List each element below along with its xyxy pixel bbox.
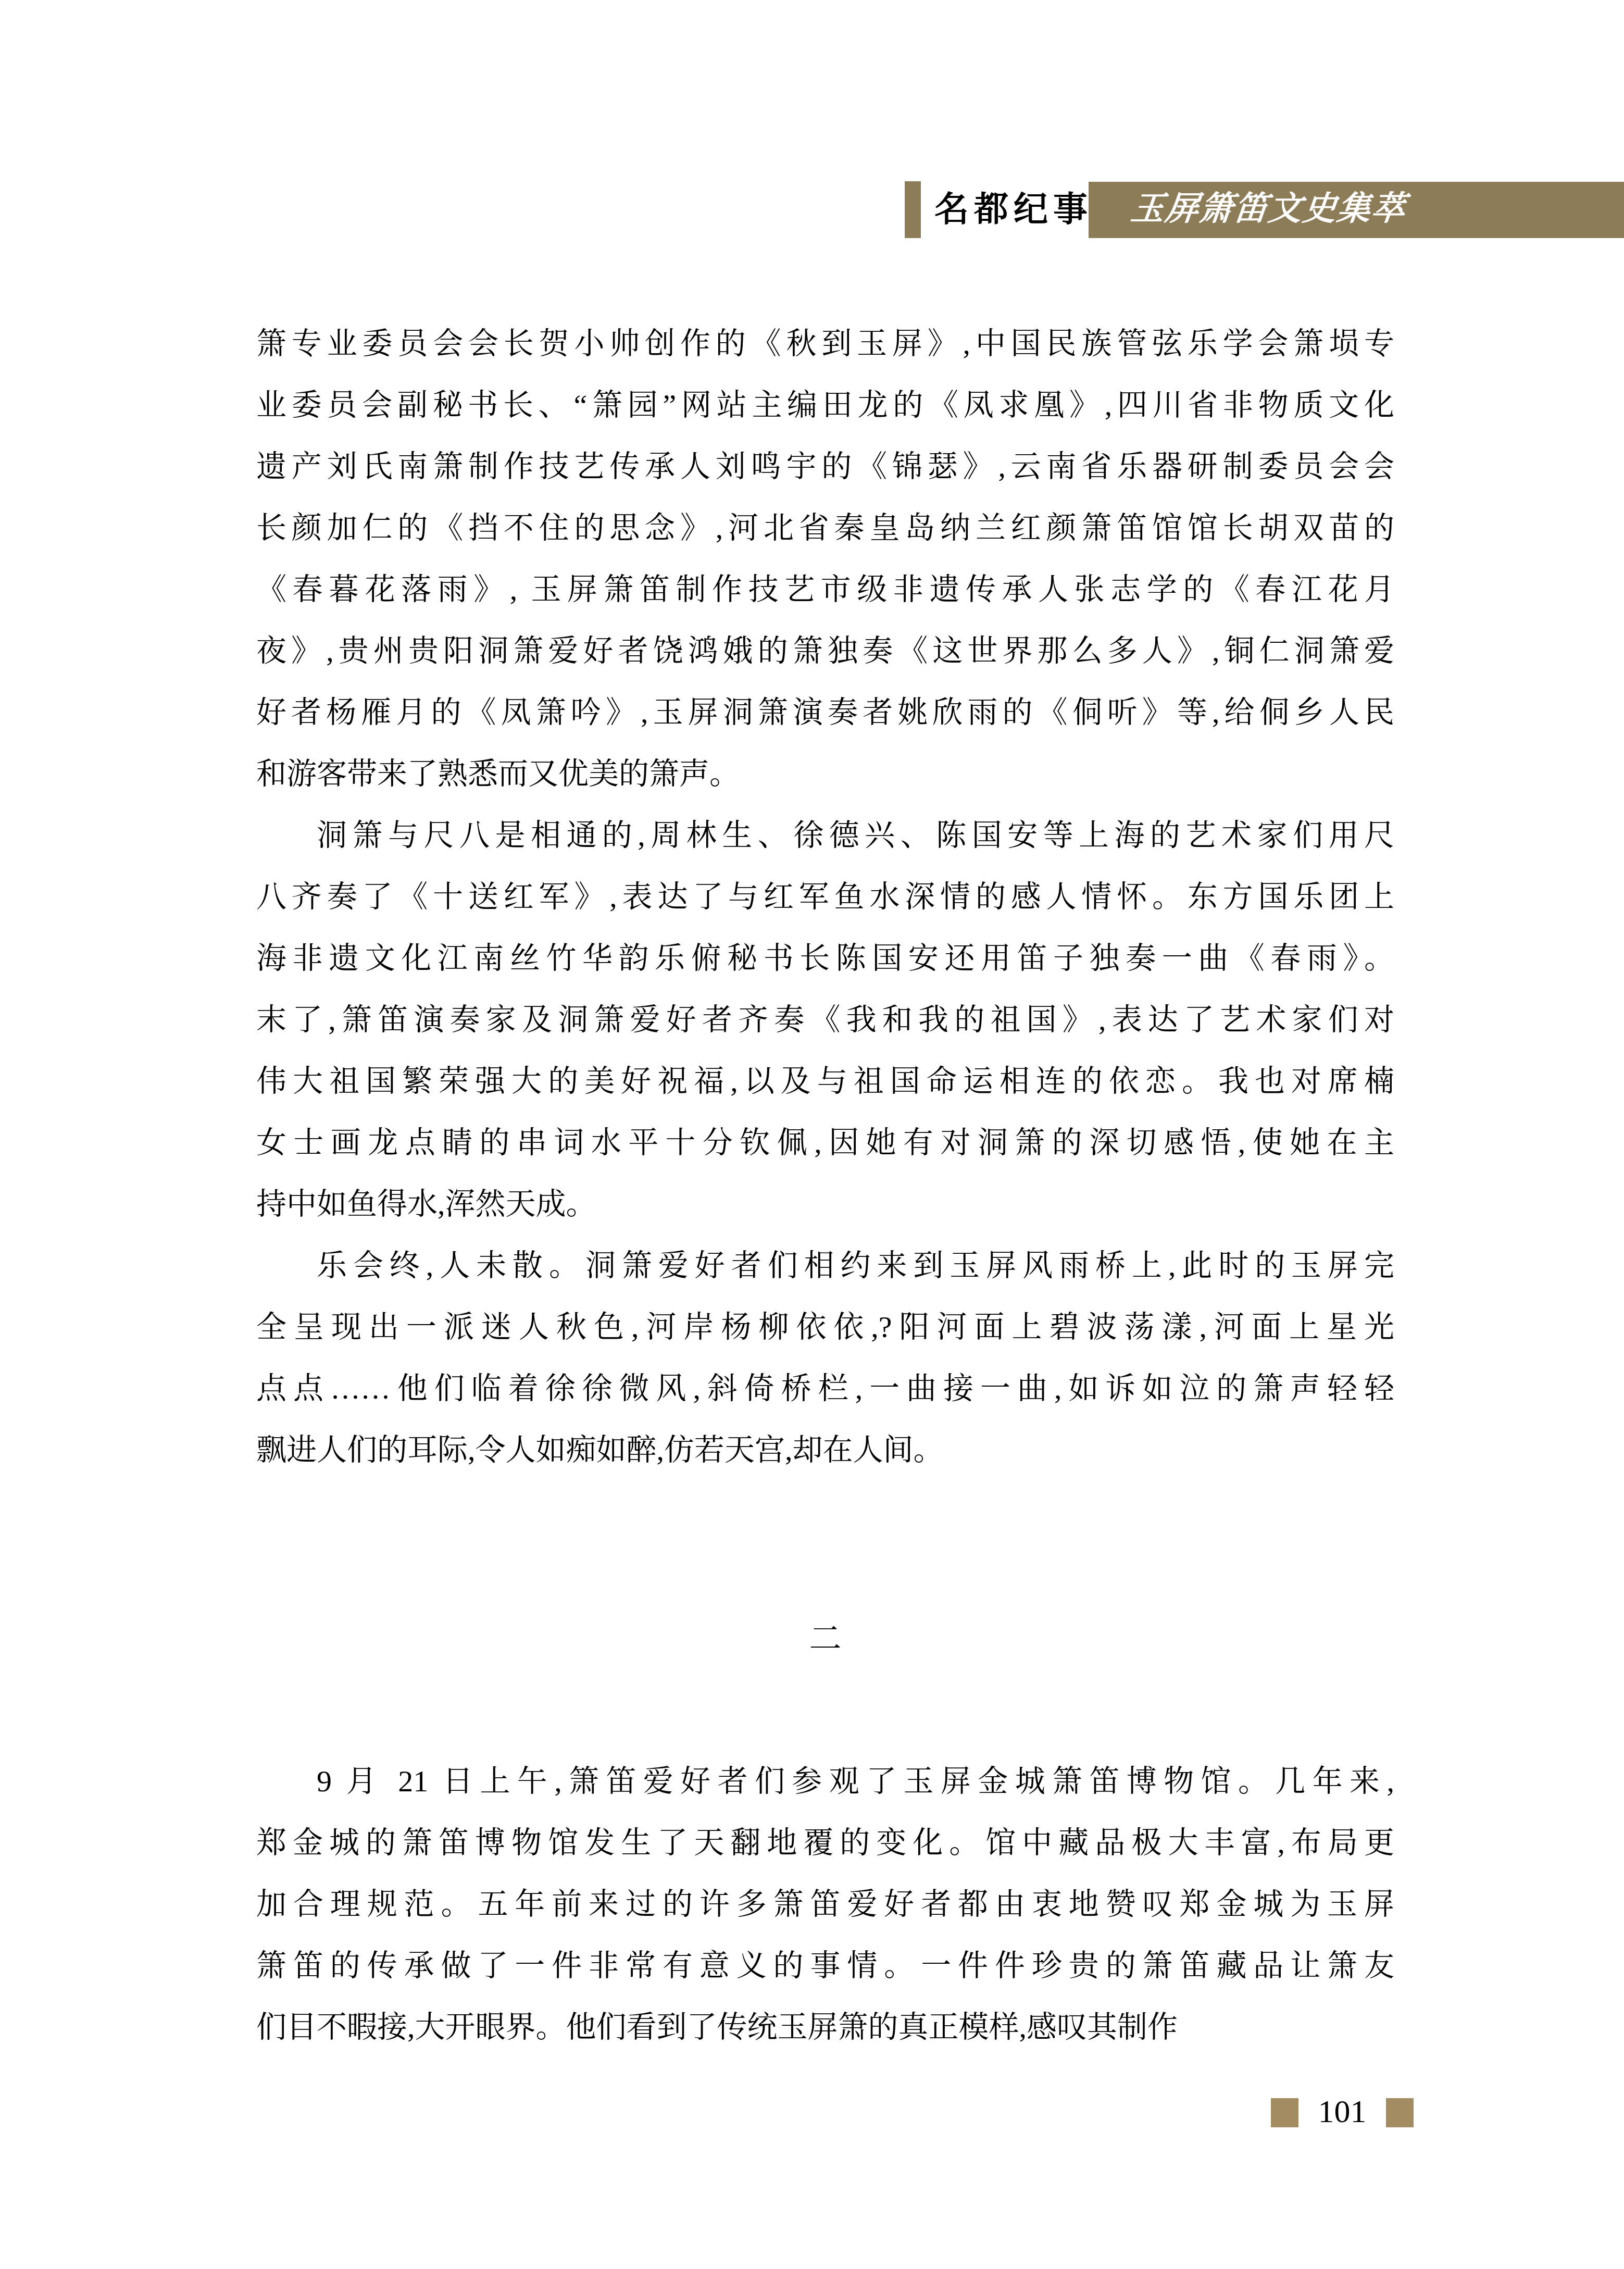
text-line: 加合理规范。五年前来过的许多箫笛爱好者都由衷地赞叹郑金城为玉屏: [256, 1874, 1394, 1935]
text-line: 《春暮花落雨》, 玉屏箫笛制作技艺市级非遗传承人张志学的《春江花月: [256, 559, 1394, 620]
text-line: 们目不暇接,大开眼界。他们看到了传统玉屏箫的真正模样,感叹其制作: [256, 1997, 1394, 2058]
text-line: 好者杨雁月的《凤箫吟》,玉屏洞箫演奏者姚欣雨的《侗听》等,给侗乡人民: [256, 682, 1394, 743]
body-paragraphs-before-heading: 箫专业委员会会长贺小帅创作的《秋到玉屏》,中国民族管弦乐学会箫埙专业委员会副秘书…: [256, 313, 1394, 1481]
section-heading: 二: [256, 1609, 1394, 1670]
text-line: 持中如鱼得水,浑然天成。: [256, 1174, 1394, 1235]
text-line: 箫笛的传承做了一件非常有意义的事情。一件件珍贵的箫笛藏品让箫友: [256, 1935, 1394, 1997]
text-line: 业委员会副秘书长、“箫园”网站主编田龙的《凤求凰》,四川省非物质文化: [256, 375, 1394, 436]
text-line: 末了,箫笛演奏家及洞箫爱好者齐奏《我和我的祖国》,表达了艺术家们对: [256, 989, 1394, 1051]
text-line: 长颜加仁的《挡不住的思念》,河北省秦皇岛纳兰红颜箫笛馆馆长胡双苗的: [256, 497, 1394, 559]
text-line: 点点……他们临着徐徐微风,斜倚桥栏,一曲接一曲,如诉如泣的箫声轻轻: [256, 1358, 1394, 1419]
text-line: 伟大祖国繁荣强大的美好祝福,以及与祖国命运相连的依恋。我也对席楠: [256, 1051, 1394, 1112]
text-line: 全呈现出一派迷人秋色,河岸杨柳依依,?阳河面上碧波荡漾,河面上星光: [256, 1296, 1394, 1358]
book-page: 名都纪事 玉屏箫笛文史集萃 箫专业委员会会长贺小帅创作的《秋到玉屏》,中国民族管…: [0, 0, 1624, 2269]
header-accent-bar: [905, 181, 921, 238]
text-line: 海非遗文化江南丝竹华韵乐俯秘书长陈国安还用笛子独奏一曲《春雨》。: [256, 928, 1394, 989]
header-section-title: 名都纪事: [934, 181, 1093, 238]
text-line: 飘进人们的耳际,令人如痴如醉,仿若天宫,却在人间。: [256, 1419, 1394, 1481]
body-paragraphs-after-heading: 9 月 21 日上午,箫笛爱好者们参观了玉屏金城箫笛博物馆。几年来,郑金城的箫笛…: [256, 1751, 1394, 2058]
text-line: 遗产刘氏南箫制作技艺传承人刘鸣宇的《锦瑟》,云南省乐器研制委员会会: [256, 436, 1394, 497]
text-line: 郑金城的箫笛博物馆发生了天翻地覆的变化。馆中藏品极大丰富,布局更: [256, 1812, 1394, 1874]
text-line: 箫专业委员会会长贺小帅创作的《秋到玉屏》,中国民族管弦乐学会箫埙专: [256, 313, 1394, 375]
banner-calligraphy-text: 玉屏箫笛文史集萃: [1128, 182, 1408, 238]
text-line: 八齐奏了《十送红军》,表达了与红军鱼水深情的感人情怀。东方国乐团上: [256, 866, 1394, 928]
page-number: 101: [1298, 2096, 1386, 2127]
text-line: 乐会终,人未散。洞箫爱好者们相约来到玉屏风雨桥上,此时的玉屏完: [256, 1235, 1394, 1296]
text-line: 洞箫与尺八是相通的,周林生、徐德兴、陈国安等上海的艺术家们用尺: [256, 805, 1394, 866]
footer-ornament-left-square: [1271, 2098, 1298, 2127]
text-line: 女士画龙点睛的串词水平十分钦佩,因她有对洞箫的深切感悟,使她在主: [256, 1112, 1394, 1174]
text-line: 夜》,贵州贵阳洞箫爱好者饶鸿娥的箫独奏《这世界那么多人》,铜仁洞箫爱: [256, 620, 1394, 682]
text-line: 和游客带来了熟悉而又优美的箫声。: [256, 743, 1394, 805]
header-banner: 玉屏箫笛文史集萃: [1089, 182, 1624, 238]
text-line: 9 月 21 日上午,箫笛爱好者们参观了玉屏金城箫笛博物馆。几年来,: [256, 1751, 1394, 1812]
footer-ornament-right-square: [1386, 2098, 1414, 2127]
